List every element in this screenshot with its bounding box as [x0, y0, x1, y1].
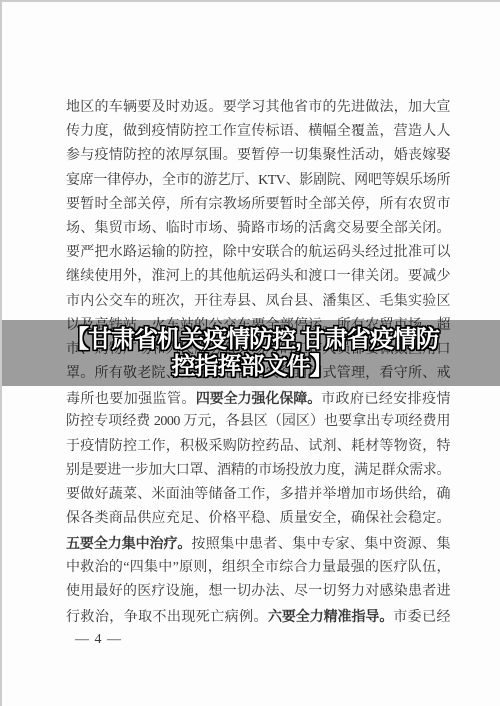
text-segment: 防控专项经费 2000 万元，各县区（园区）也要拿出专项经费用 — [66, 414, 450, 429]
text-line: 行救治，争取不出现死亡病例。六要全力精准指导。市委已经 — [66, 604, 450, 628]
text-line: 别是要进一步加大口罩、酒精的市场投放力度，满足群众需求。 — [66, 459, 450, 483]
text-line: 场、集贸市场、临时市场、骑路市场的活禽交易要全部关闭。 — [66, 217, 450, 241]
text-segment: 保各类商品供应充足、价格平稳、质量安全，确保社会稳定。 — [66, 511, 450, 526]
text-segment: 市政府已经安排疫情 — [321, 392, 450, 407]
text-line: 使用最好的医疗设施，想一切办法、尽一切努力对感染患者进 — [66, 580, 450, 604]
text-segment: 于疫情防控工作，积极采购防控药品、试剂、耗材等物资，特 — [66, 439, 450, 454]
text-segment: 参与疫情防控的浓厚氛围。要暂停一切集聚性活动，婚丧嫁娶 — [66, 148, 450, 163]
text-segment: 使用最好的医疗设施，想一切办法、尽一切努力对感染患者进 — [66, 584, 450, 599]
watermark-line-1: 【甘肃省机关疫情防控,甘肃省疫情防 — [2, 326, 500, 353]
text-segment: 毒所也要加强监管。 — [66, 392, 196, 407]
bold-heading-segment: 六要全力精准指导。 — [268, 608, 393, 624]
text-segment: 要做好蔬菜、米面油等储备工作，多措并举增加市场供给，确 — [66, 487, 450, 502]
text-segment: 场、集贸市场、临时市场、骑路市场的活禽交易要全部关闭。 — [66, 221, 450, 236]
text-segment: 传力度，做到疫情防控工作宣传标语、横幅全覆盖，营造人人 — [66, 124, 450, 139]
text-segment: 市委已经 — [393, 610, 450, 625]
bold-heading-segment: 五要全力集中治疗。 — [66, 535, 191, 551]
text-segment: 别是要进一步加大口罩、酒精的市场投放力度，满足群众需求。 — [66, 463, 450, 478]
text-segment: 要严把水路运输的防控，除中安联合的航运码头经过批准可以 — [66, 245, 450, 260]
text-line: 参与疫情防控的浓厚氛围。要暂停一切集聚性活动，婚丧嫁娶 — [66, 144, 450, 168]
bold-heading-segment: 四要全力强化保障。 — [196, 390, 321, 406]
text-line: 要暂时全部关停，所有宗教场所要暂时全部关停，所有农贸市 — [66, 193, 450, 217]
text-segment: 市内公交车的班次，开往寿县、凤台县、潘集区、毛集实验区 — [66, 294, 450, 309]
text-segment: 继续使用外，淮河上的其他航运码头和渡口一律关闭。要减少 — [66, 269, 450, 284]
text-line: 五要全力集中治疗。按照集中患者、集中专家、集中资源、集 — [66, 531, 450, 555]
text-line: 毒所也要加强监管。四要全力强化保障。市政府已经安排疫情 — [66, 386, 450, 410]
text-line: 要严把水路运输的防控，除中安联合的航运码头经过批准可以 — [66, 241, 450, 265]
text-line: 防控专项经费 2000 万元，各县区（园区）也要拿出专项经费用 — [66, 410, 450, 434]
text-line: 保各类商品供应充足、价格平稳、质量安全，确保社会稳定。 — [66, 507, 450, 531]
text-line: 中救治的“四集中”原则，组织全市综合力量最强的医疗队伍， — [66, 556, 450, 580]
text-segment: 行救治，争取不出现死亡病例。 — [66, 610, 268, 625]
text-line: 市内公交车的班次，开往寿县、凤台县、潘集区、毛集实验区 — [66, 290, 450, 314]
text-segment: 宴席一律停办，全市的游艺厅、KTV、影剧院、网吧等娱乐场所 — [66, 173, 450, 188]
text-segment: 地区的车辆要及时劝返。要学习其他省市的先进做法，加大宣 — [66, 100, 450, 115]
text-line: 要做好蔬菜、米面油等储备工作，多措并举增加市场供给，确 — [66, 483, 450, 507]
text-line: 继续使用外，淮河上的其他航运码头和渡口一律关闭。要减少 — [66, 265, 450, 289]
scanned-document-page: 地区的车辆要及时劝返。要学习其他省市的先进做法，加大宣传力度，做到疫情防控工作宣… — [0, 0, 500, 706]
page-number: — 4 — — [75, 632, 122, 648]
watermark-overlay: 【甘肃省机关疫情防控,甘肃省疫情防 控指挥部文件】 — [2, 326, 500, 380]
text-line: 地区的车辆要及时劝返。要学习其他省市的先进做法，加大宣 — [66, 96, 450, 120]
text-segment: 按照集中患者、集中专家、集中资源、集 — [191, 537, 450, 552]
text-segment: 中救治的“四集中”原则，组织全市综合力量最强的医疗队伍， — [66, 560, 450, 575]
text-line: 于疫情防控工作，积极采购防控药品、试剂、耗材等物资，特 — [66, 435, 450, 459]
text-line: 宴席一律停办，全市的游艺厅、KTV、影剧院、网吧等娱乐场所 — [66, 169, 450, 193]
watermark-line-2: 控指挥部文件】 — [2, 353, 500, 380]
text-line: 传力度，做到疫情防控工作宣传标语、横幅全覆盖，营造人人 — [66, 120, 450, 144]
text-segment: 要暂时全部关停，所有宗教场所要暂时全部关停，所有农贸市 — [66, 197, 450, 212]
